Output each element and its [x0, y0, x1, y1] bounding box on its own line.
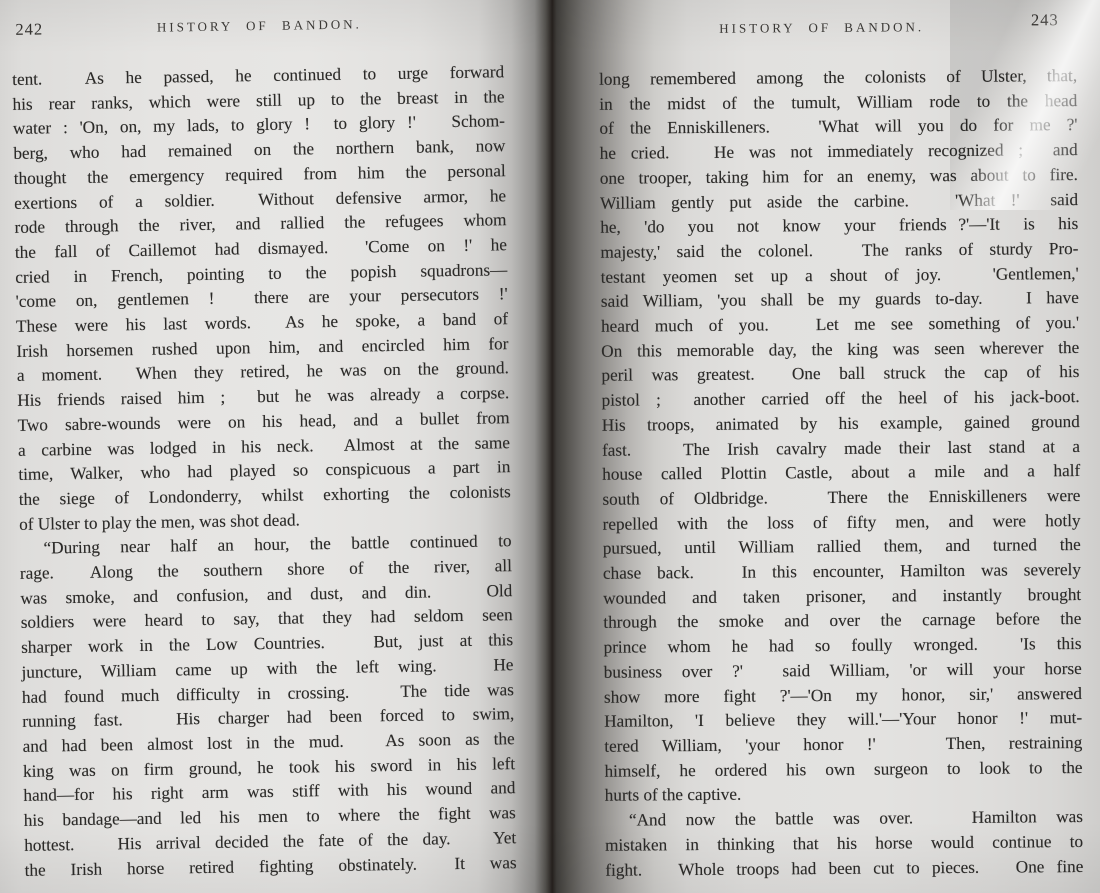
text-line: fight. Whole troops had been cut to piec… — [605, 854, 1083, 882]
text-line: prince whom he had so foully wronged. 'I… — [603, 632, 1081, 660]
text-line: mistaken in thinking that his horse woul… — [605, 830, 1083, 858]
right-page-text: long remembered among the colonists of U… — [599, 64, 1083, 883]
right-page: HISTORY OF BANDON. 243 long remembered a… — [557, 8, 1094, 885]
text-line: chase back. In this encounter, Hamilton … — [603, 558, 1081, 586]
right-page-header: HISTORY OF BANDON. 243 — [557, 8, 1087, 42]
left-page-text: tent. As he passed, he continued to urge… — [12, 60, 517, 883]
text-line: On this memorable day, the king was seen… — [601, 336, 1079, 364]
text-line: he cried. He was not immediately recogni… — [600, 138, 1078, 166]
text-line: Hamilton, 'I believe they will.'—'Your h… — [604, 706, 1082, 734]
text-line: His troops, animated by his example, gai… — [602, 410, 1080, 438]
left-page-header: 242 HISTORY OF BANDON. — [9, 6, 509, 44]
text-line: pursued, until William rallied them, and… — [603, 533, 1081, 561]
text-line: wounded and taken prisoner, and instantl… — [603, 583, 1081, 611]
text-line: in the midst of the tumult, William rode… — [599, 89, 1077, 117]
text-line: tered William, 'your honor !' Then, rest… — [604, 731, 1082, 759]
paragraph: “And now the battle was over. Hamilton w… — [605, 805, 1084, 883]
text-line: one trooper, taking him for an enemy, wa… — [600, 163, 1078, 191]
right-running-header: HISTORY OF BANDON. — [557, 18, 1087, 38]
right-page-number: 243 — [1031, 10, 1059, 30]
paragraph: tent. As he passed, he continued to urge… — [12, 60, 511, 537]
text-line: south of Oldbridge. There the Enniskille… — [602, 484, 1080, 512]
paragraph: “During near half an hour, the battle co… — [19, 530, 516, 884]
text-line: heard much of you. Let me see something … — [601, 311, 1079, 339]
text-line: hurts of the captive. — [605, 780, 1083, 808]
text-line: “And now the battle was over. Hamilton w… — [605, 805, 1083, 833]
text-line: majesty,' said the colonel. The ranks of… — [600, 237, 1078, 265]
text-line: himself, he ordered his own surgeon to l… — [604, 756, 1082, 784]
text-line: testant yeomen set up a shout of joy. 'G… — [601, 262, 1079, 290]
paragraph: long remembered among the colonists of U… — [599, 64, 1083, 809]
left-page: 242 HISTORY OF BANDON. tent. As he passe… — [9, 6, 523, 887]
text-line: fast. The Irish cavalry made their last … — [602, 435, 1080, 463]
text-line: William gently put aside the carbine. 'W… — [600, 188, 1078, 216]
text-line: house called Plottin Castle, about a mil… — [602, 459, 1080, 487]
left-running-header: HISTORY OF BANDON. — [9, 14, 509, 38]
text-line: business over ?' said William, 'or will … — [604, 657, 1082, 685]
text-line: said William, 'you shall be my guards to… — [601, 286, 1079, 314]
text-line: of the Enniskilleners. 'What will you do… — [599, 113, 1077, 141]
book-scan: 242 HISTORY OF BANDON. tent. As he passe… — [0, 0, 1100, 893]
text-line: repelled with the loss of fifty men, and… — [603, 509, 1081, 537]
text-line: peril was greatest. One ball struck the … — [601, 360, 1079, 388]
text-line: through the smoke and over the carnage b… — [603, 607, 1081, 635]
text-line: pistol ; another carried off the heel of… — [602, 385, 1080, 413]
text-line: he, 'do you not know your friends ?'—'It… — [600, 212, 1078, 240]
text-line: long remembered among the colonists of U… — [599, 64, 1077, 92]
text-line: show more fight ?'—'On my honor, sir,' a… — [604, 682, 1082, 710]
